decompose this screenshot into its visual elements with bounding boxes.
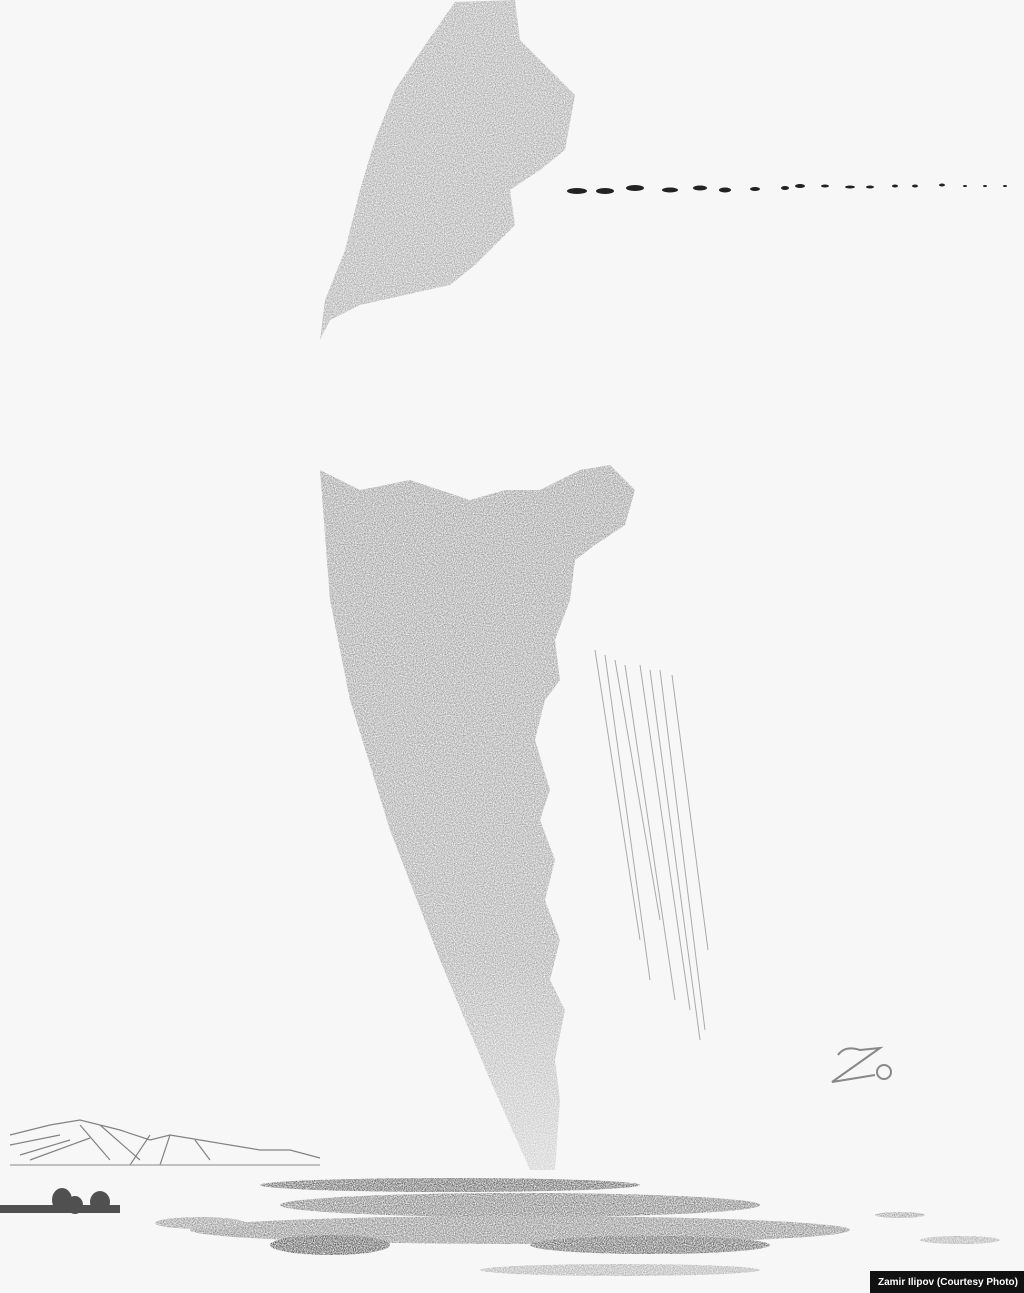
trees xyxy=(0,1188,120,1214)
pencil-drawing xyxy=(0,0,1024,1293)
rain-streaks xyxy=(595,650,708,1040)
bird-flock xyxy=(567,184,1007,195)
dust-column xyxy=(320,465,635,1170)
photo-credit-caption: Zamir Ilipov (Courtesy Photo) xyxy=(870,1271,1024,1293)
artist-monogram xyxy=(832,1048,891,1082)
dark-plain xyxy=(155,1178,1000,1276)
distant-hills xyxy=(10,1120,320,1165)
upper-cloud xyxy=(320,0,575,340)
